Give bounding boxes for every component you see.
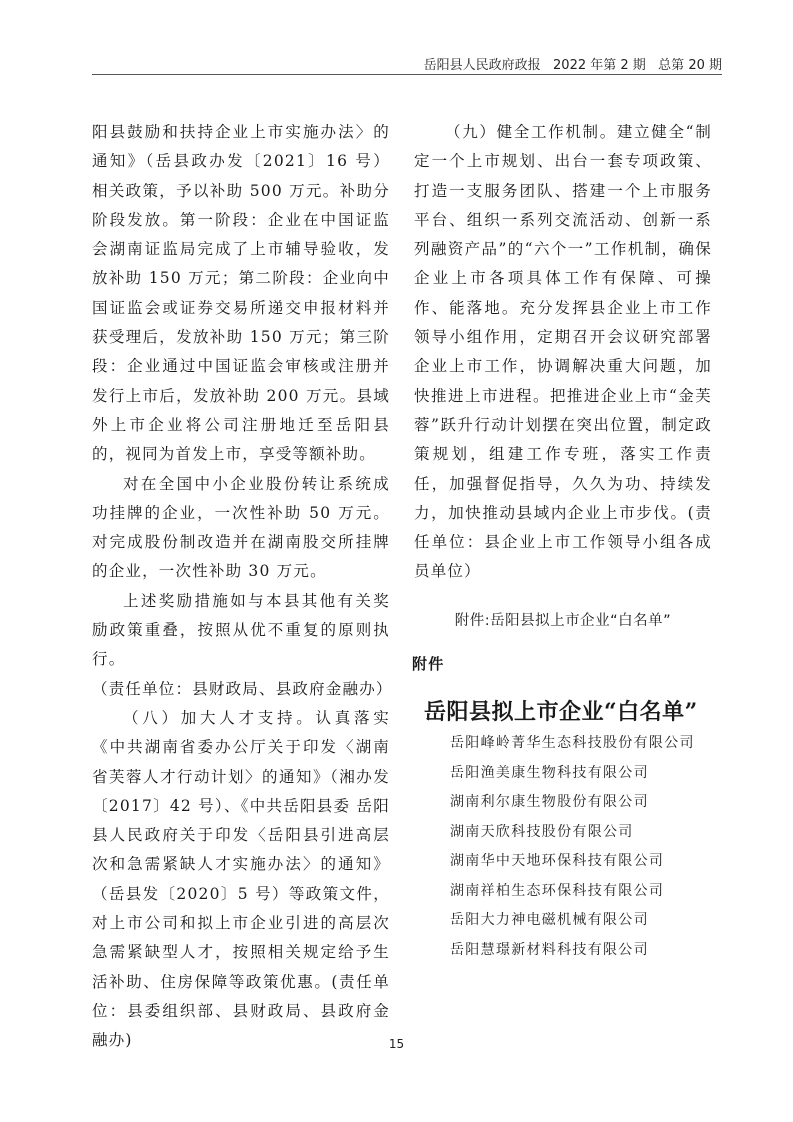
page-number: 15	[0, 1037, 793, 1051]
company-item: 岳阳峰岭菁华生态科技股份有限公司	[450, 729, 712, 759]
company-item: 岳阳慧璟新材料科技有限公司	[450, 936, 712, 966]
responsible-unit-paragraph: （责任单位：县财政局、县政府金融办）	[92, 675, 390, 704]
right-column: （九）健全工作机制。建立健全“制定一个上市规划、出台一套专项政策、打造一支服务团…	[414, 118, 712, 965]
whitelist-title: 岳阳县拟上市企业“白名单”	[424, 697, 712, 727]
talent-support-paragraph: （八）加大人才支持。认真落实《中共湖南省委办公厅关于印发〈湖南省芙蓉人才行动计划…	[92, 704, 390, 1056]
company-item: 岳阳渔美康生物科技有限公司	[450, 759, 712, 789]
left-column: 阳县鼓励和扶持企业上市实施办法〉的通知》（岳县政办发〔2021〕16 号）相关政…	[92, 118, 390, 1056]
non-overlap-paragraph: 上述奖励措施如与本县其他有关奖励政策重叠，按照从优不重复的原则执行。	[92, 587, 390, 675]
company-item: 湖南祥柏生态环保科技有限公司	[450, 877, 712, 907]
subsidy-paragraph: 阳县鼓励和扶持企业上市实施办法〉的通知》（岳县政办发〔2021〕16 号）相关政…	[92, 118, 390, 470]
company-item: 湖南天欣科技股份有限公司	[450, 818, 712, 848]
company-item: 岳阳大力神电磁机械有限公司	[450, 906, 712, 936]
page-header: 岳阳县人民政府政报 2022 年第 2 期 总第 20 期	[92, 56, 722, 75]
company-list: 岳阳峰岭菁华生态科技股份有限公司 岳阳渔美康生物科技有限公司 湖南利尔康生物股份…	[414, 729, 712, 965]
publication-header-title: 岳阳县人民政府政报 2022 年第 2 期 总第 20 期	[424, 54, 722, 73]
neeq-subsidy-paragraph: 对在全国中小企业股份转让系统成功挂牌的企业，一次性补助 50 万元。对完成股份制…	[92, 470, 390, 587]
attachment-label: 附件	[412, 650, 712, 679]
work-mechanism-paragraph: （九）健全工作机制。建立健全“制定一个上市规划、出台一套专项政策、打造一支服务团…	[414, 118, 712, 587]
attachment-note: 附件:岳阳县拟上市企业“白名单”	[414, 607, 712, 636]
company-item: 湖南利尔康生物股份有限公司	[450, 788, 712, 818]
company-item: 湖南华中天地环保科技有限公司	[450, 847, 712, 877]
